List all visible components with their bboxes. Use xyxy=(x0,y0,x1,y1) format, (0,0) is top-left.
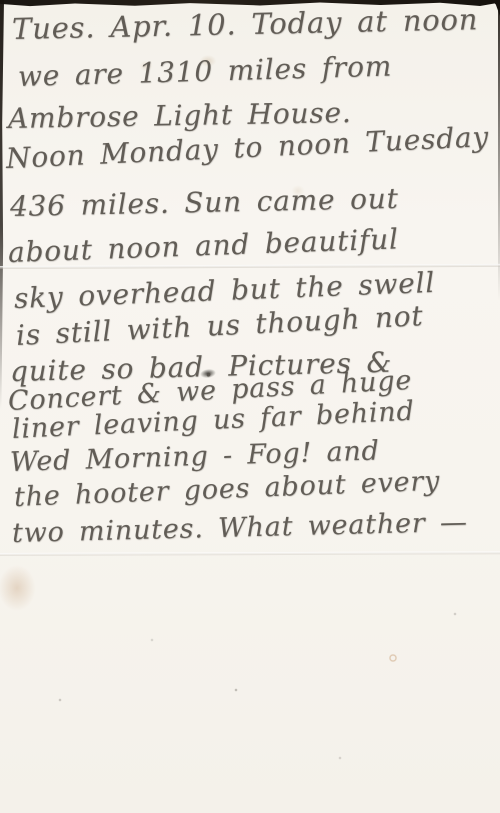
handwritten-line: Tues. Apr. 10. Today at noon xyxy=(12,2,479,46)
fold-crease-lower xyxy=(0,551,500,556)
handwritten-diary-page: Tues. Apr. 10. Today at noon we are 1310… xyxy=(0,0,500,813)
handwritten-line: 436 miles. Sun came out xyxy=(10,182,399,223)
handwritten-line: we are 1310 miles from xyxy=(18,50,393,93)
handwritten-line: two minutes. What weather — xyxy=(12,507,468,549)
handwritten-line: about noon and beautiful xyxy=(7,222,399,269)
scan-edge-left xyxy=(0,0,4,410)
